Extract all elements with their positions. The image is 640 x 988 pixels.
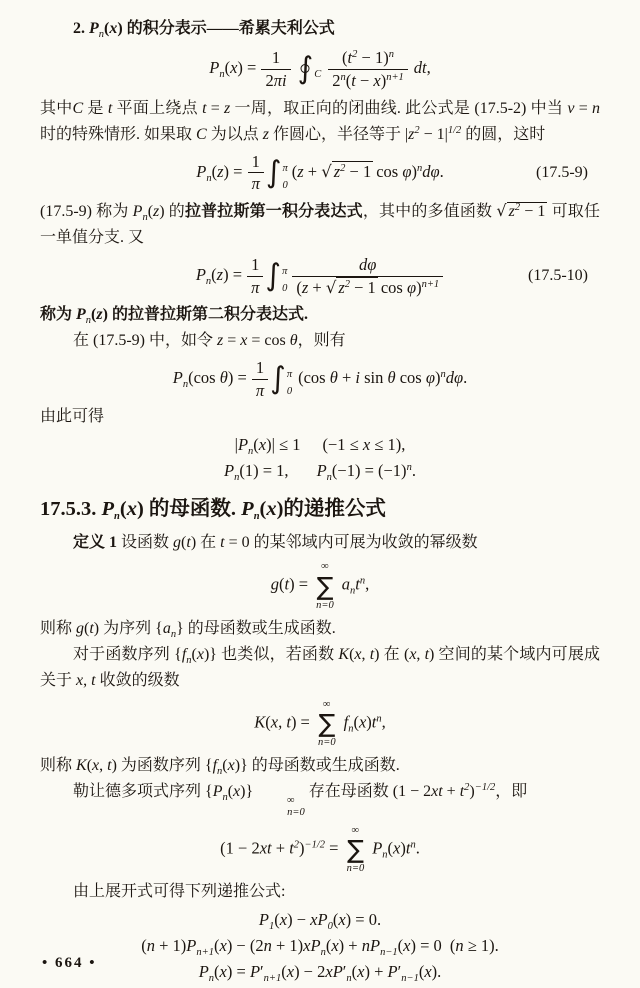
math-text: 的圆，这时	[461, 126, 545, 143]
sigma-glyph-icon: ∑	[317, 574, 334, 599]
math-text: cos	[376, 162, 402, 181]
math-text: ).	[432, 962, 442, 981]
radicand: z2 − 1	[507, 202, 548, 220]
lower-limit: n=0	[318, 736, 336, 749]
math-text: ) =	[227, 962, 250, 981]
math-italic: dφ	[359, 255, 376, 274]
math-text: +	[272, 838, 290, 857]
math-italic: g	[76, 620, 84, 637]
math-italic: P	[311, 936, 321, 955]
numerator: dφ	[292, 255, 443, 277]
math-italic: P	[333, 962, 343, 981]
bold-italic-text: x	[127, 498, 137, 520]
math-italic: φ	[402, 162, 411, 181]
math-italic: K	[254, 712, 265, 731]
math-text: .	[416, 838, 420, 857]
formula-body: Pn(x) = 12πi∫C(t2 − 1)n2n(t − x)n+1dt,	[209, 48, 431, 91]
math-italic: C	[314, 62, 321, 88]
math-text: 2	[265, 71, 273, 90]
numerator: 1	[261, 48, 290, 70]
math-text: 由上展开式可得下列递推公式:	[73, 883, 285, 900]
fraction: 1π	[248, 152, 264, 195]
math-superscript: n	[389, 49, 394, 60]
math-italic: P	[238, 435, 248, 454]
math-text: ,	[365, 575, 369, 594]
formula-body: (n + 1)Pn+1(x) − (2n + 1)xPn(x) + nPn−1(…	[141, 933, 499, 959]
operator-glyph-icon: ∫	[298, 54, 314, 84]
math-italic: x	[303, 936, 310, 955]
math-italic: P	[213, 783, 223, 800]
math-text: ,	[362, 646, 370, 663]
math-subscript: n−1	[380, 947, 398, 958]
math-text: 由此可得	[40, 408, 104, 425]
math-italic: x	[331, 936, 338, 955]
math-text: ) −	[287, 910, 310, 929]
math-text: sin	[360, 368, 388, 387]
upper-limit: π	[282, 259, 287, 276]
upper-limit: π	[287, 362, 292, 379]
radical-sign-icon: √	[326, 278, 337, 297]
math-text: (1 − 2	[220, 838, 260, 857]
operator-glyph-icon: ∫	[270, 364, 286, 394]
math-text: (−1 ≤	[322, 435, 362, 454]
body-paragraph: (17.5-9) 称为 Pn(z) 的拉普拉斯第一积分表达式，其中的多值函数 √…	[40, 198, 600, 251]
denominator: π	[247, 277, 263, 298]
math-superscript: n+1	[386, 72, 404, 83]
math-text: 存在母函数 (1 − 2	[305, 783, 431, 800]
math-italic: P	[173, 368, 183, 387]
math-italic: g	[271, 575, 279, 594]
math-text: =	[207, 100, 225, 117]
schlaefli-integral-formula: Pn(x) = 12πi∫C(t2 − 1)n2n(t − x)n+1dt,	[40, 48, 600, 91]
math-text: 1	[251, 255, 259, 274]
math-text: 为以点	[207, 126, 263, 143]
math-text: ) − 2	[294, 962, 325, 981]
math-italic: g	[173, 534, 181, 551]
radical-sign-icon: √	[496, 201, 506, 220]
math-text: (17.5-9) 称为	[40, 203, 133, 220]
bold-text: ) 的积分表示——希累夫利公式	[117, 20, 334, 37]
math-text: ,	[416, 646, 424, 663]
body-paragraph: 在 (17.5-9) 中，如令 z = x = cos θ，则有	[40, 328, 600, 354]
formula-body: Pn(z) = 1π∫π0(z + √z2 − 1cos φ)ndφ.	[196, 152, 444, 195]
math-text: 0	[282, 173, 287, 199]
math-text: 时的特殊情形. 如果取	[40, 126, 196, 143]
bold-text: 2.	[73, 20, 89, 37]
formula-body: Pn(z) = 1π∫π0dφ(z + √z2 − 1cos φ)n+1	[196, 255, 444, 298]
bold-text: ) 的母函数.	[137, 498, 241, 520]
math-italic: P	[388, 962, 398, 981]
fraction: 12πi	[261, 48, 290, 91]
math-italic: K	[76, 757, 87, 774]
body-paragraph: 则称 K(x, t) 为函数序列 {fn(x)} 的母函数或生成函数.	[40, 753, 600, 779]
math-text: ) =	[291, 712, 314, 731]
page-content: 2. Pn(x) 的积分表示——希累夫利公式Pn(x) = 12πi∫C(t2 …	[40, 16, 600, 985]
math-text: .	[412, 461, 416, 480]
math-italic: C	[73, 100, 84, 117]
math-text: ) 为序列 {	[94, 620, 163, 637]
numerator: 1	[252, 358, 268, 380]
math-text: 收敛的级数	[96, 672, 180, 689]
body-paragraph: 勒让德多项式序列 {Pn(x)}∞n=0 存在母函数 (1 − 2xt + t2…	[40, 779, 600, 820]
formula-body: Pn(cos θ) = 1π∫π0(cos θ + i sin θ cos φ)…	[173, 358, 468, 401]
math-text: 则称	[40, 757, 76, 774]
math-text: ) +	[339, 936, 362, 955]
formula-body: Pn(1) = 1,Pn(−1) = (−1)n.	[224, 458, 416, 484]
math-italic: P	[196, 265, 206, 284]
math-italic: x	[373, 71, 380, 90]
math-italic: θ	[290, 332, 298, 349]
math-italic: P	[196, 162, 206, 181]
math-text: ) − (2	[227, 936, 264, 955]
bold-text: 17.5.3.	[40, 498, 102, 520]
math-text: 1	[252, 152, 260, 171]
numerator: 1	[248, 152, 264, 174]
bound-inequality: |Pn(x)| ≤ 1(−1 ≤ x ≤ 1),	[40, 432, 600, 458]
formula-body: g(t) = ∞∑n=0antn,	[271, 560, 369, 611]
formula-body: (1 − 2xt + t2)−1/2 = ∞∑n=0Pn(x)tn.	[220, 824, 420, 875]
math-text: 其中	[40, 100, 73, 117]
math-italic: n	[362, 936, 370, 955]
radicand: z2 − 1	[336, 277, 377, 297]
fraction: 1π	[247, 255, 263, 298]
operator-glyph-icon: ∫	[266, 158, 282, 188]
math-italic: K	[338, 646, 349, 663]
denominator: 2n(t − x)n+1	[328, 70, 408, 91]
math-italic: a	[163, 620, 171, 637]
math-italic: x	[219, 936, 226, 955]
math-text: 0	[282, 276, 287, 302]
bold-text: 称为	[40, 306, 76, 323]
math-text: ) 的	[159, 203, 185, 220]
fraction: (t2 − 1)n2n(t − x)n+1	[328, 48, 408, 91]
legendre-generating-function: (1 − 2xt + t2)−1/2 = ∞∑n=0Pn(x)tn.	[40, 824, 600, 875]
math-text: 是	[83, 100, 108, 117]
math-italic: xt	[260, 838, 272, 857]
math-italic: P	[317, 910, 327, 929]
math-text: )} 的母函数或生成函数.	[235, 757, 400, 774]
math-italic: x	[287, 962, 294, 981]
math-italic: x	[325, 962, 332, 981]
math-text: ) = 0	[411, 936, 442, 955]
math-text: ) = 0.	[346, 910, 381, 929]
math-text: 1	[272, 48, 280, 67]
bold-text: ) 的拉普拉斯第二积分表达式.	[103, 306, 308, 323]
body-paragraph-bold: 称为 Pn(z) 的拉普拉斯第二积分表达式.	[40, 302, 600, 328]
math-italic: a	[342, 575, 350, 594]
body-paragraph: 由上展开式可得下列递推公式:	[40, 879, 600, 905]
math-italic: π	[251, 278, 259, 297]
definition-1-paragraph: 定义 1 设函数 g(t) 在 t = 0 的某邻域内可展为收敛的幂级数	[40, 530, 600, 556]
sigma-glyph-icon: ∑	[347, 837, 364, 862]
stacked-script: ∞n=0	[254, 795, 305, 820]
numerator: (t2 − 1)n	[328, 48, 408, 70]
summation-operator: ∞∑n=0	[347, 824, 365, 875]
integral-limits: π0	[282, 156, 287, 190]
math-italic: P	[372, 838, 382, 857]
math-italic: πi	[274, 71, 287, 90]
math-text: ) 在 (	[374, 646, 409, 663]
contour-integral-operator: ∫C	[298, 52, 325, 86]
math-text: − 1	[350, 278, 376, 297]
pn-cos-theta-formula: Pn(cos θ) = 1π∫π0(cos θ + i sin θ cos φ)…	[40, 358, 600, 401]
math-text: − 1	[520, 203, 545, 220]
laplace-second-integral: Pn(z) = 1π∫π0dφ(z + √z2 − 1cos φ)n+1(17.…	[40, 255, 600, 298]
math-text: +	[338, 368, 356, 387]
denominator: π	[248, 173, 264, 194]
math-text: )| ≤ 1	[266, 435, 300, 454]
math-text: ) =	[224, 162, 247, 181]
integral-limits: π0	[287, 362, 292, 396]
superscript: ∞	[254, 795, 295, 808]
math-text: ) =	[237, 58, 260, 77]
math-italic: x	[424, 962, 431, 981]
math-text: − 1|	[420, 126, 448, 143]
fraction: 1π	[252, 358, 268, 401]
math-superscript: −1/2	[305, 839, 326, 850]
formula-body: |Pn(x)| ≤ 1(−1 ≤ x ≤ 1),	[235, 432, 406, 458]
radical-sign-icon: √	[321, 162, 332, 181]
integral-operator: ∫π0	[270, 362, 295, 396]
upper-limit	[314, 52, 321, 62]
math-text: =	[574, 100, 592, 117]
recurrence-3: Pn(x) = P′n+1(x) − 2xP′n(x) + P′n−1(x).	[40, 959, 600, 985]
math-text: )}	[240, 783, 253, 800]
formula-body: P1(x) − xP0(x) = 0.	[259, 907, 381, 933]
math-italic: P	[209, 58, 219, 77]
lower-limit: n=0	[316, 599, 334, 612]
math-italic: n	[147, 936, 155, 955]
math-text: ≤ 1),	[370, 435, 405, 454]
math-italic: π	[252, 174, 260, 193]
bold-italic-text: x	[266, 498, 276, 520]
body-paragraph: 对于函数序列 {fn(x)} 也类似，若函数 K(x, t) 在 (x, t) …	[40, 642, 600, 694]
math-text: (cos	[298, 368, 330, 387]
lower-limit: 0	[282, 173, 287, 190]
lower-limit: n=0	[347, 862, 365, 875]
math-text: = cos	[247, 332, 289, 349]
math-text: = 0 的某邻域内可展为收敛的幂级数	[225, 534, 478, 551]
integral-limits: π0	[282, 259, 287, 293]
math-text: ) 在	[191, 534, 220, 551]
bold-italic-text: P	[102, 498, 115, 520]
fraction: dφ(z + √z2 − 1cos φ)n+1	[292, 255, 443, 298]
lower-limit: C	[314, 62, 321, 86]
math-text: .	[463, 368, 467, 387]
radicand: z2 − 1	[332, 161, 373, 181]
formula-body: Pn(x) = P′n+1(x) − 2xP′n(x) + P′n−1(x).	[199, 959, 442, 985]
math-superscript: n+1	[422, 279, 440, 290]
math-italic: dφ	[446, 368, 463, 387]
math-text: ，则有	[298, 332, 346, 349]
math-text: ) +	[364, 962, 387, 981]
subscript: n=0	[254, 807, 305, 820]
math-italic: θ	[387, 368, 395, 387]
math-text: (−1) = (−1)	[332, 461, 407, 480]
recurrence-2: (n + 1)Pn+1(x) − (2n + 1)xPn(x) + nPn−1(…	[40, 933, 600, 959]
math-text: ，即	[495, 783, 527, 800]
math-text: +	[304, 162, 322, 181]
math-text: 在 (17.5-9) 中，如令	[73, 332, 217, 349]
math-text: (1) = 1,	[239, 461, 288, 480]
math-italic: P	[250, 962, 260, 981]
math-superscript: −1/2	[475, 782, 496, 793]
math-text: ,	[427, 58, 431, 77]
radical: √z2 − 1	[496, 203, 547, 220]
math-italic: dt	[414, 58, 427, 77]
math-text: 勒让德多项式序列 {	[73, 783, 213, 800]
operator-glyph-icon: ∫	[265, 261, 281, 291]
math-italic: φ	[407, 278, 416, 297]
body-paragraph: 由此可得	[40, 404, 600, 430]
math-italic: θ	[220, 368, 228, 387]
body-paragraph: 则称 g(t) 为序列 {an} 的母函数或生成函数.	[40, 616, 600, 642]
body-paragraph: 其中C 是 t 平面上绕点 t = z 一周，取正向的闭曲线. 此公式是 (17…	[40, 96, 600, 148]
math-text: 作圆心，半径等于 |	[269, 126, 408, 143]
math-text: ) =	[223, 265, 246, 284]
math-italic: n	[455, 936, 463, 955]
sigma-glyph-icon: ∑	[318, 711, 335, 736]
math-italic: x	[338, 910, 345, 929]
math-italic: P	[199, 962, 209, 981]
integral-operator: ∫π0	[265, 259, 290, 293]
math-text: 0	[287, 379, 292, 405]
math-text: ,	[83, 672, 91, 689]
math-text: −	[356, 71, 374, 90]
math-italic: P	[370, 936, 380, 955]
math-superscript: 1/2	[448, 125, 461, 136]
section-17-5-3-heading: 17.5.3. Pn(x) 的母函数. Pn(x)的递推公式	[40, 494, 600, 524]
denominator: 2πi	[261, 70, 290, 91]
denominator: π	[252, 380, 268, 401]
math-text: 设函数	[117, 534, 173, 551]
math-text: 对于函数序列 {	[73, 646, 182, 663]
math-italic: dφ	[422, 162, 439, 181]
contour-ring-icon	[301, 64, 310, 73]
math-italic: n	[592, 100, 600, 117]
bold-text: 定义 1	[73, 534, 117, 551]
math-text: ) =	[228, 368, 251, 387]
math-text: 1	[256, 358, 264, 377]
math-text: − 1)	[357, 48, 388, 67]
radical: √z2 − 1	[326, 277, 378, 297]
math-text: ，其中的多值函数	[363, 203, 497, 220]
bold-italic-text: P	[241, 498, 254, 520]
math-italic: P	[133, 203, 143, 220]
math-italic: xt	[431, 783, 443, 800]
integral-operator: ∫π0	[266, 156, 291, 190]
math-italic: π	[256, 381, 264, 400]
book-page: 2. Pn(x) 的积分表示——希累夫利公式Pn(x) = 12πi∫C(t2 …	[0, 0, 640, 988]
formula-body: K(x, t) = ∞∑n=0fn(x)tn,	[254, 698, 385, 749]
radical: √z2 − 1	[321, 161, 373, 181]
math-text: ≥ 1).	[464, 936, 499, 955]
math-italic: x	[220, 962, 227, 981]
endpoint-values: Pn(1) = 1,Pn(−1) = (−1)n.	[40, 458, 600, 484]
equation-number: (17.5-10)	[528, 263, 588, 289]
math-italic: P	[186, 936, 196, 955]
math-text: ,	[99, 757, 107, 774]
math-subscript: n+1	[196, 947, 214, 958]
lower-limit: 0	[287, 379, 292, 396]
math-italic: C	[196, 126, 207, 143]
math-italic: x	[228, 757, 235, 774]
lower-limit: 0	[282, 276, 287, 293]
bold-italic-text: P	[89, 20, 99, 37]
math-text: 一周，取正向的闭曲线. 此公式是 (17.5-2) 中当	[230, 100, 567, 117]
math-italic: P	[224, 461, 234, 480]
generating-series-K: K(x, t) = ∞∑n=0fn(x)tn,	[40, 698, 600, 749]
generating-series-g: g(t) = ∞∑n=0antn,	[40, 560, 600, 611]
bold-text: 拉普拉斯第一积分表达式	[185, 203, 363, 220]
math-italic: x	[403, 936, 410, 955]
section-2-heading: 2. Pn(x) 的积分表示——希累夫利公式	[40, 16, 600, 42]
math-text: .	[440, 162, 444, 181]
upper-limit: π	[282, 156, 287, 173]
math-italic: x	[354, 646, 361, 663]
math-subscript: n+1	[264, 973, 282, 984]
math-text: ) =	[289, 575, 312, 594]
summation-operator: ∞∑n=0	[316, 560, 334, 611]
math-italic: x	[280, 910, 287, 929]
equation-number: (17.5-9)	[536, 160, 588, 186]
denominator: (z + √z2 − 1cos φ)n+1	[292, 277, 443, 298]
math-text: ,	[382, 712, 386, 731]
math-text: +	[443, 783, 460, 800]
math-text: cos	[396, 368, 426, 387]
math-italic: x	[197, 646, 204, 663]
laplace-first-integral: Pn(z) = 1π∫π0(z + √z2 − 1cos φ)ndφ.(17.5…	[40, 152, 600, 195]
math-text: + 1)	[272, 936, 303, 955]
math-italic: θ	[330, 368, 338, 387]
math-text: 则称	[40, 620, 76, 637]
bold-text: )的递推公式	[277, 498, 386, 520]
math-text: )} 也类似，若函数	[204, 646, 338, 663]
math-text: (cos	[188, 368, 220, 387]
math-italic: x	[271, 712, 278, 731]
bold-italic-text: P	[76, 306, 86, 323]
math-italic: φ	[426, 368, 435, 387]
math-text: + 1)	[155, 936, 186, 955]
math-italic: P	[259, 910, 269, 929]
recurrence-1: P1(x) − xP0(x) = 0.	[40, 907, 600, 933]
page-number: • 664 •	[42, 955, 97, 972]
math-italic: P	[317, 461, 327, 480]
integral-limits: C	[314, 52, 321, 86]
summation-operator: ∞∑n=0	[318, 698, 336, 749]
math-text: ) 为函数序列 {	[112, 757, 213, 774]
math-text: cos	[381, 278, 407, 297]
math-text: 平面上绕点	[112, 100, 202, 117]
math-text: } 的母函数或生成函数.	[176, 620, 336, 637]
math-text: =	[325, 838, 343, 857]
numerator: 1	[247, 255, 263, 277]
math-text: +	[308, 278, 326, 297]
math-text: − 1	[345, 162, 371, 181]
math-italic: n	[264, 936, 272, 955]
math-subscript: n−1	[401, 973, 419, 984]
math-text: =	[223, 332, 240, 349]
bold-text: (	[120, 498, 127, 520]
